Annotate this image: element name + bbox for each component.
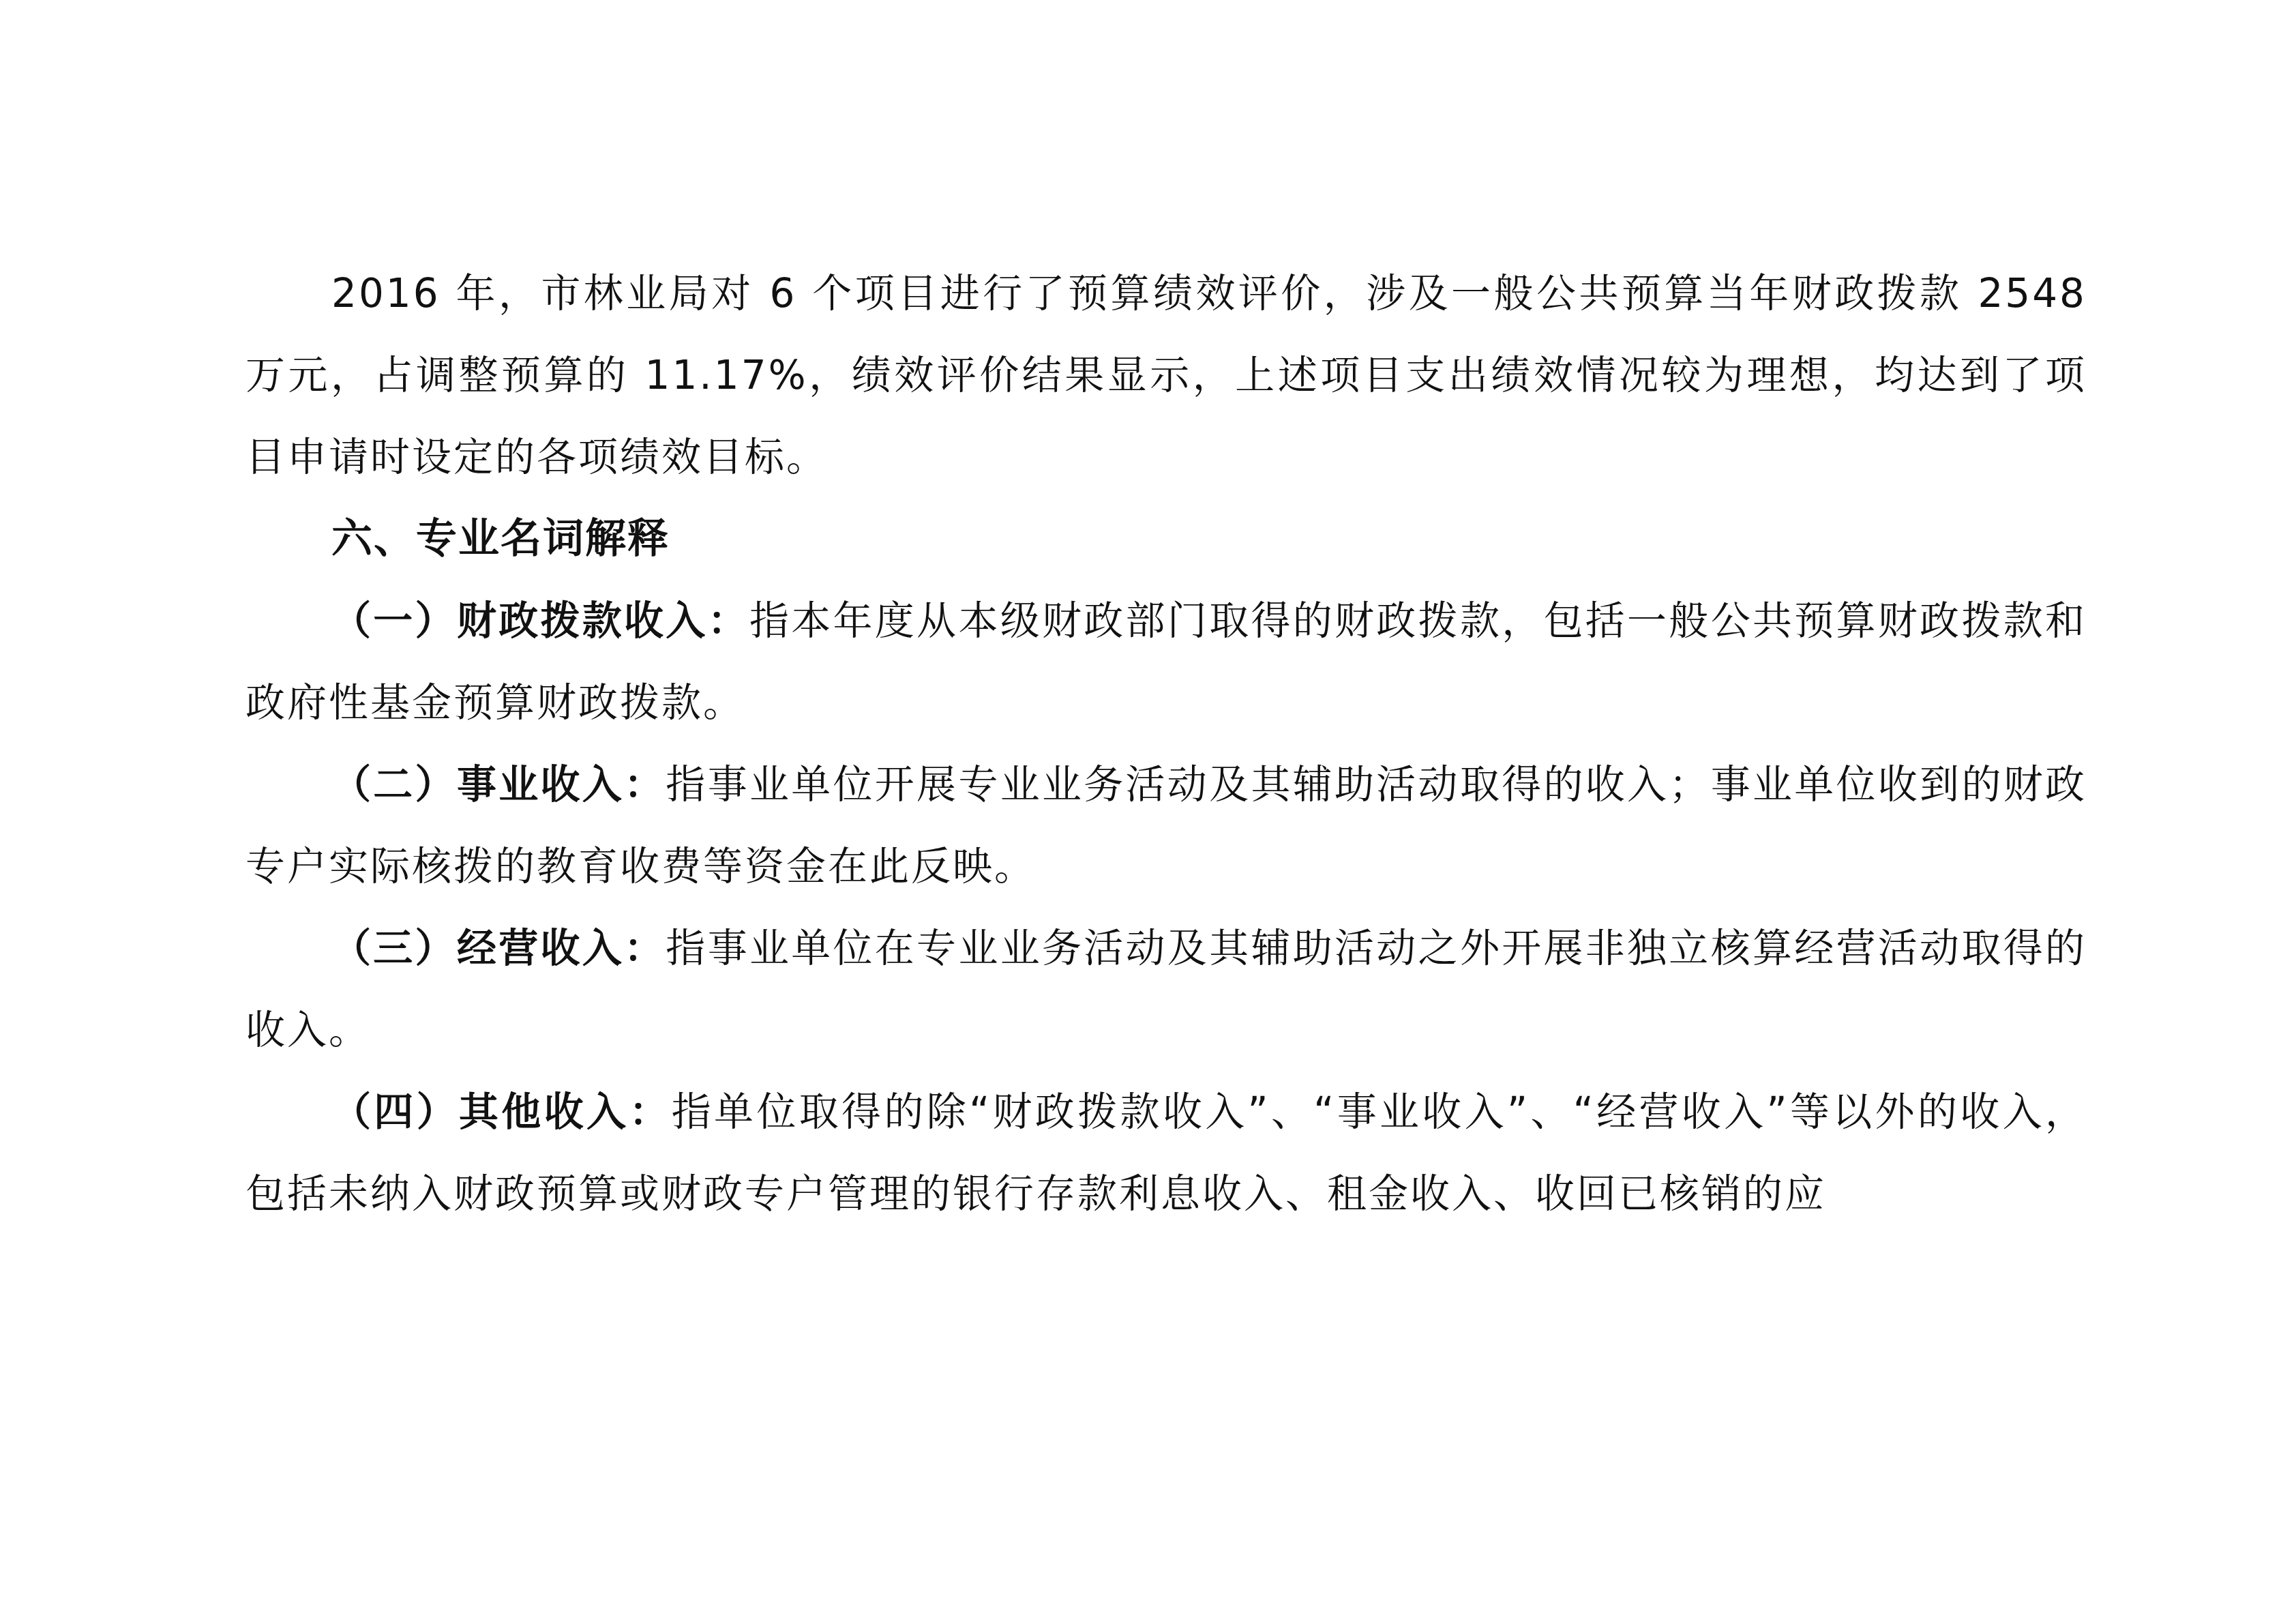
definition-term: （一）财政拨款收入：: [331, 597, 749, 644]
definition-term: （二）事业收入：: [331, 761, 666, 808]
definition-institutional-income: （二）事业收入：指事业单位开展专业业务活动及其辅助活动取得的收入；事业单位收到的…: [245, 743, 2087, 907]
definition-operating-income: （三）经营收入：指事业单位在专业业务活动及其辅助活动之外开展非独立核算经营活动取…: [245, 907, 2087, 1071]
definition-other-income: （四）其他收入：指单位取得的除“财政拨款收入”、“事业收入”、“经营收入”等以外…: [245, 1071, 2087, 1235]
definition-fiscal-appropriation-income: （一）财政拨款收入：指本年度从本级财政部门取得的财政拨款，包括一般公共预算财政拨…: [245, 580, 2087, 743]
definition-term: （三）经营收入：: [331, 925, 666, 971]
definition-term: （四）其他收入：: [331, 1089, 672, 1135]
performance-evaluation-paragraph: 2016 年，市林业局对 6 个项目进行了预算绩效评价，涉及一般公共预算当年财政…: [245, 252, 2087, 498]
section-heading: 六、专业名词解释: [245, 498, 2087, 580]
document-page: 2016 年，市林业局对 6 个项目进行了预算绩效评价，涉及一般公共预算当年财政…: [245, 252, 2087, 1235]
